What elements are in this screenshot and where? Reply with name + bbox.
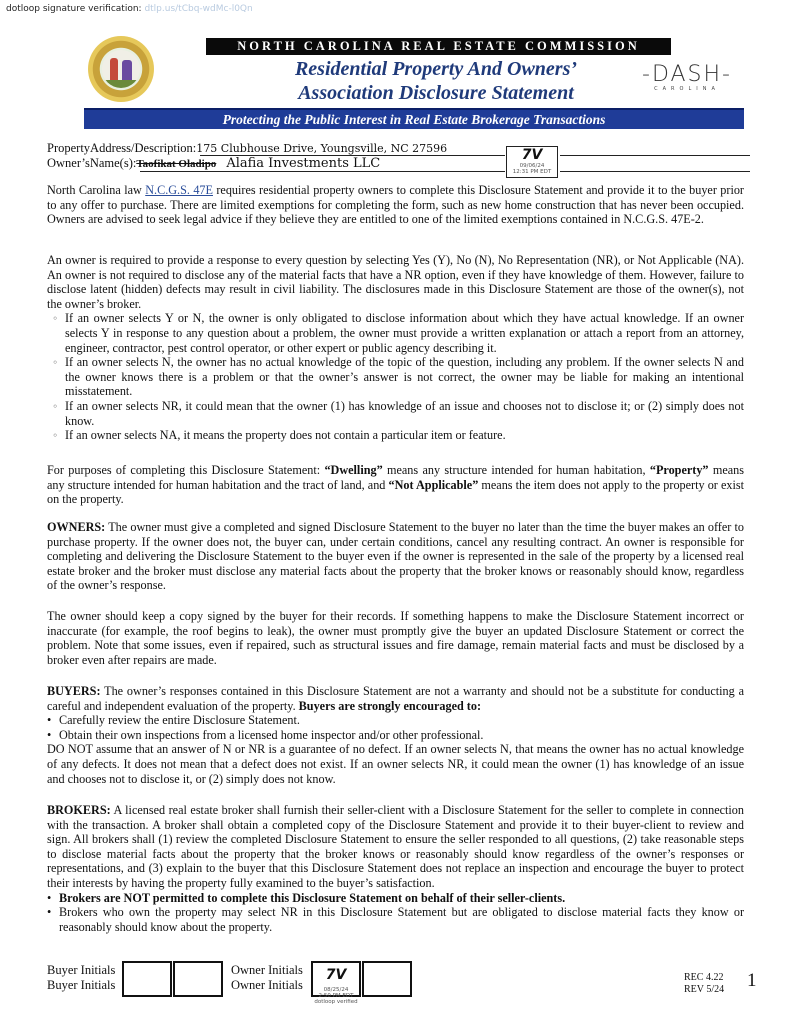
- owner-signature-box-top[interactable]: 7V 09/06/24 12:31 PM EDT: [506, 146, 558, 178]
- list-item: ◦If an owner selects NA, it means the pr…: [47, 428, 744, 443]
- owners-section: OWNERS: The owner must give a completed …: [47, 520, 744, 593]
- intro-paragraph: North Carolina law N.C.G.S. 47E requires…: [47, 183, 744, 227]
- list-item: •Brokers are NOT permitted to complete t…: [47, 891, 744, 906]
- buyer-initials-box-2[interactable]: [173, 961, 223, 997]
- buyer-initials-box-1[interactable]: [122, 961, 172, 997]
- response-instructions: An owner is required to provide a respon…: [47, 253, 744, 443]
- owner-initials-mark-icon: 7V: [313, 967, 359, 983]
- address-field[interactable]: 175 Clubhouse Drive, Youngsville, NC 275…: [196, 142, 447, 155]
- owner-initials-stamp: 08/25/24 2:50 PM EDT dotloop verified: [306, 987, 366, 1005]
- buyers-heading: BUYERS:: [47, 684, 101, 698]
- brokers-heading: BROKERS:: [47, 803, 111, 817]
- owner-copy-paragraph: The owner should keep a copy signed by t…: [47, 609, 744, 667]
- property-address-row: PropertyAddress/Description:175 Clubhous…: [47, 141, 447, 156]
- list-item: ◦If an owner selects NR, it could mean t…: [47, 399, 744, 428]
- commission-banner: NORTH CAROLINA REAL ESTATE COMMISSION: [206, 38, 671, 55]
- signature-verification: dotloop signature verification: dtlp.us/…: [6, 4, 253, 14]
- list-item: ◦If an owner selects Y or N, the owner i…: [47, 311, 744, 355]
- signature-time: 12:31 PM EDT: [507, 169, 557, 175]
- form-title-line1: Residential Property And Owners’: [236, 58, 636, 81]
- form-revision: REC 4.22 REV 5/24: [684, 972, 724, 996]
- owner-initials-labels: Owner Initials Owner Initials: [231, 963, 303, 993]
- list-item: •Obtain their own inspections from a lic…: [47, 728, 744, 743]
- buyers-section: BUYERS: The owner’s responses contained …: [47, 684, 744, 786]
- verification-code-link[interactable]: dtlp.us/tCbq-wdMc-l0Qn: [144, 4, 252, 14]
- owner-initials-box-2[interactable]: [362, 961, 412, 997]
- list-item: ◦If an owner selects N, the owner has no…: [47, 355, 744, 399]
- list-item: •Brokers who own the property may select…: [47, 905, 744, 934]
- list-item: •Carefully review the entire Disclosure …: [47, 713, 744, 728]
- form-title-line2: Association Disclosure Statement: [236, 82, 636, 105]
- owner-label: Owner’sName(s):: [47, 156, 136, 170]
- owners-heading: OWNERS:: [47, 520, 105, 534]
- brokers-section: BROKERS: A licensed real estate broker s…: [47, 803, 744, 934]
- dash-carolina-logo: -DASH- CAROLINA: [632, 64, 742, 92]
- verification-label: dotloop signature verification:: [6, 4, 142, 14]
- ncgs-47e-link[interactable]: N.C.G.S. 47E: [145, 183, 213, 197]
- owner-name-field[interactable]: Alafia Investments LLC: [226, 156, 380, 171]
- page-number: 1: [747, 970, 757, 992]
- owner-name-row: Owner’sName(s):Taofikat OladipoAlafia In…: [47, 156, 380, 171]
- struck-owner-name: Taofikat Oladipo: [136, 158, 216, 170]
- nc-state-seal-icon: [88, 36, 154, 102]
- brand-word: -DASH-: [632, 64, 742, 86]
- address-label: PropertyAddress/Description:: [47, 141, 196, 155]
- tagline-band: Protecting the Public Interest in Real E…: [84, 108, 744, 129]
- signature-mark-icon: 7V: [507, 147, 557, 163]
- definitions-paragraph: For purposes of completing this Disclosu…: [47, 463, 744, 507]
- buyer-initials-labels: Buyer Initials Buyer Initials: [47, 963, 115, 993]
